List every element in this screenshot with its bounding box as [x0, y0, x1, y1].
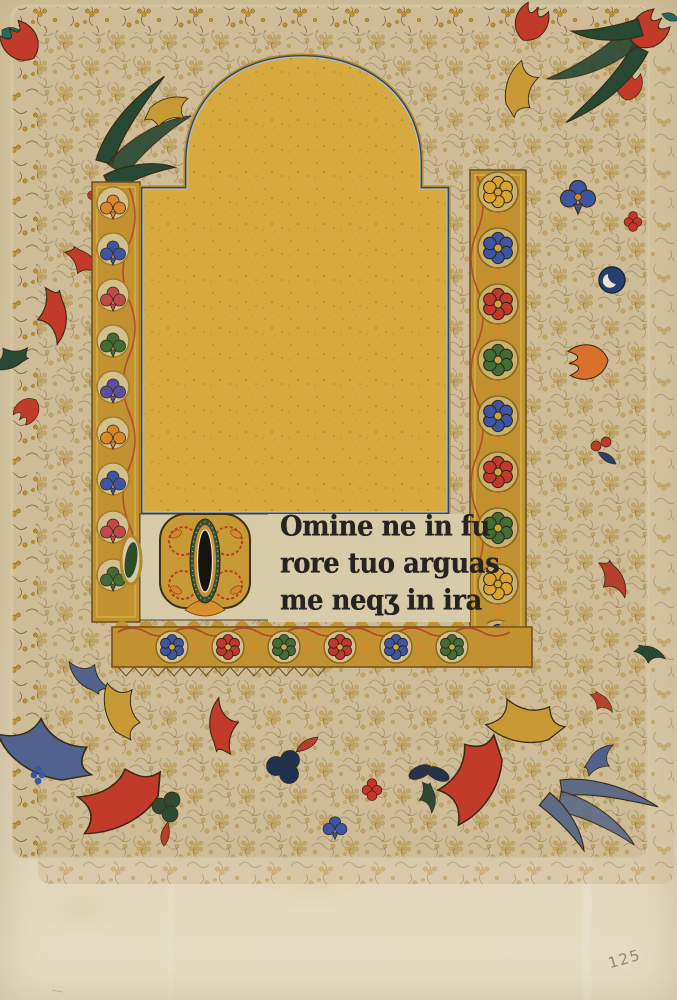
bottom-floral-bar [112, 621, 532, 676]
text-line-1: Omine ne in fu [280, 511, 478, 550]
text-line-2: rore tuo arguas [280, 548, 478, 587]
manuscript-page: Omine ne in fu rore tuo arguas me neqʒ i… [0, 0, 677, 1000]
illumination-artwork [0, 0, 677, 1000]
text-line-3: me neqʒ in ira [280, 585, 478, 624]
